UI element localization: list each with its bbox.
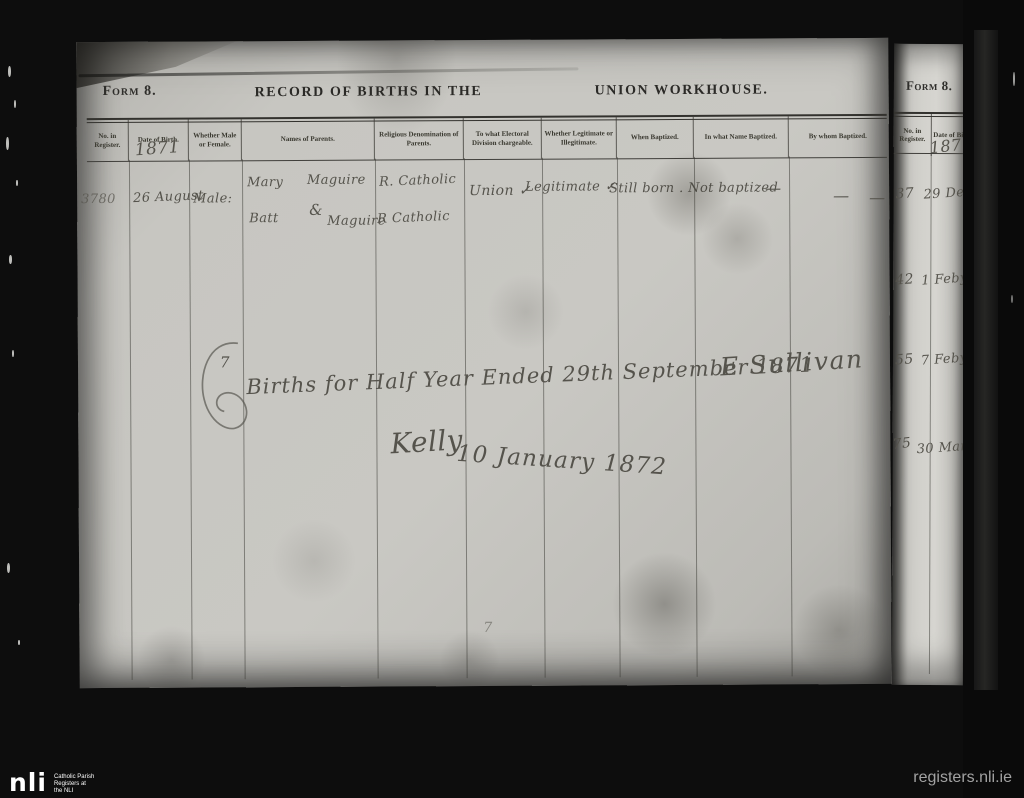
film-scratch xyxy=(1011,295,1013,303)
right-entry-no: 37 xyxy=(895,185,915,202)
column-rule xyxy=(617,157,621,677)
col-header-baptized-by: By whom Baptized. xyxy=(789,116,887,158)
form-label-right: Form 8. xyxy=(906,78,952,94)
nli-logo: nli Catholic Parish Registers at the NLI xyxy=(9,771,94,795)
summary-signature: E Sullivan xyxy=(719,344,864,381)
column-rule xyxy=(464,158,468,678)
page-title-workhouse: UNION WORKHOUSE. xyxy=(595,83,769,100)
stray-mark: 7 xyxy=(483,620,492,636)
entry-baptism-note: Still born . Not baptized xyxy=(609,180,778,196)
entry-register-no: 3780 xyxy=(81,192,116,207)
column-rule xyxy=(129,160,133,680)
handwritten-year: 1871 xyxy=(134,137,180,160)
caption-line: Catholic Parish xyxy=(54,774,94,781)
film-scratch xyxy=(9,255,12,264)
col-header-baptism-name: In what Name Baptized. xyxy=(694,116,789,157)
film-scratch xyxy=(6,137,9,150)
col-header-register-no: No. in Register. xyxy=(87,120,129,161)
nli-logo-caption: Catholic Parish Registers at the NLI xyxy=(54,771,94,795)
right-entry-date: 7 Feby xyxy=(921,351,968,369)
entry-ampersand: & xyxy=(309,201,323,219)
entry-parent2-first: Batt xyxy=(249,211,278,226)
summary-number: 7 xyxy=(220,353,230,371)
caption-line: the NLI xyxy=(54,788,94,795)
entry-parent1-last: Maguire xyxy=(307,173,366,188)
entry-religion-1: R. Catholic xyxy=(379,172,457,190)
summary-date: 10 January 1872 xyxy=(456,441,668,481)
column-rule xyxy=(189,160,193,680)
film-scratch xyxy=(16,180,18,186)
film-scratch xyxy=(7,563,10,573)
col-header-legitimacy: Whether Legitimate or Illegitimate. xyxy=(542,117,617,158)
book-edge-shadow xyxy=(963,0,1024,798)
entry-religion-2: R Catholic xyxy=(377,209,450,227)
right-entry-no: 75 xyxy=(892,435,912,453)
col-header-electoral-division: To what Electoral Division chargeable. xyxy=(464,118,542,159)
col-header-when-baptized: When Baptized. xyxy=(617,117,694,158)
column-rule xyxy=(929,154,932,674)
column-rule xyxy=(789,156,793,676)
torn-corner xyxy=(76,41,236,88)
film-scratch xyxy=(18,640,20,645)
film-scratch xyxy=(1013,72,1015,86)
entry-electoral-division: Union ✓ xyxy=(469,183,531,199)
col-header-register-no-right: No. in Register. xyxy=(894,114,932,156)
entry-dash: — xyxy=(833,186,850,205)
ledger-left-page: Form 8. RECORD OF BIRTHS IN THE UNION WO… xyxy=(76,38,891,688)
column-rule xyxy=(694,157,698,677)
column-rule xyxy=(375,159,379,679)
film-scratch xyxy=(12,350,14,357)
table-header: No. in Register. Date of Birth. Whether … xyxy=(87,114,887,162)
film-scratch xyxy=(8,66,11,77)
right-entry-no: 55 xyxy=(895,351,915,368)
film-scratch xyxy=(14,100,16,108)
ledger-right-page: Form 8. No. in Register. Date of Bi 1871… xyxy=(892,44,965,685)
caption-line: Registers at xyxy=(54,781,94,788)
summary-name-kelly: Kelly xyxy=(390,423,464,460)
column-rule xyxy=(542,158,546,678)
nli-logo-glyph: nli xyxy=(9,771,47,795)
register-scan-photo: Form 8. RECORD OF BIRTHS IN THE UNION WO… xyxy=(0,0,1024,798)
form-label: Form 8. xyxy=(103,84,157,100)
col-header-religion: Religious Denomination of Parents. xyxy=(375,118,464,159)
page-title: RECORD OF BIRTHS IN THE xyxy=(255,84,483,101)
col-header-parents: Names of Parents. xyxy=(242,119,375,161)
page-fore-edge xyxy=(974,30,998,690)
right-entry-no: 42 xyxy=(895,271,915,288)
entry-dash: — xyxy=(869,188,886,207)
entry-legitimacy: Legitimate ✓ xyxy=(525,179,616,194)
right-entry-date: 1 Feby xyxy=(921,271,968,289)
entry-parent1-first: Mary xyxy=(247,175,283,190)
website-watermark: registers.nli.ie xyxy=(913,769,1012,787)
col-header-sex: Whether Male or Female. xyxy=(189,119,242,160)
entry-sex: Male: xyxy=(193,191,232,206)
entry-dash: — xyxy=(765,178,782,197)
